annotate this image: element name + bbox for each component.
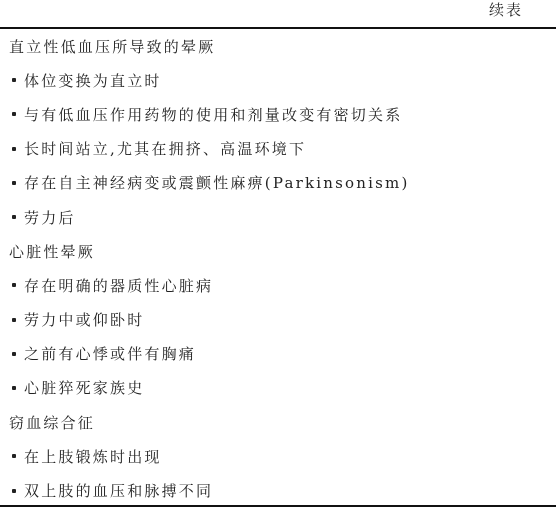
section-heading: 窃血综合征 bbox=[0, 405, 556, 439]
list-item: 体位变换为直立时 bbox=[0, 63, 556, 97]
bullet-icon bbox=[12, 181, 16, 185]
list-item-text: 劳力中或仰卧时 bbox=[24, 309, 144, 330]
list-item-text: 双上肢的血压和脉搏不同 bbox=[24, 480, 213, 501]
list-item-text: 劳力后 bbox=[24, 207, 76, 228]
list-item: 劳力后 bbox=[0, 200, 556, 234]
bullet-icon bbox=[12, 318, 16, 322]
list-item-text: 长时间站立,尤其在拥挤、高温环境下 bbox=[24, 138, 306, 159]
list-item: 心脏猝死家族史 bbox=[0, 371, 556, 405]
bullet-icon bbox=[12, 112, 16, 116]
list-item: 在上肢锻炼时出现 bbox=[0, 439, 556, 473]
list-item-text: 在上肢锻炼时出现 bbox=[24, 446, 162, 467]
list-item: 长时间站立,尤其在拥挤、高温环境下 bbox=[0, 132, 556, 166]
list-item-text: 存在明确的器质性心脏病 bbox=[24, 275, 213, 296]
bullet-icon bbox=[12, 78, 16, 82]
list-item: 与有低血压作用药物的使用和剂量改变有密切关系 bbox=[0, 97, 556, 131]
list-item: 之前有心悸或伴有胸痛 bbox=[0, 337, 556, 371]
bullet-icon bbox=[12, 489, 16, 493]
section-heading: 直立性低血压所导致的晕厥 bbox=[0, 29, 556, 63]
list-item: 劳力中或仰卧时 bbox=[0, 303, 556, 337]
list-item-text: 之前有心悸或伴有胸痛 bbox=[24, 343, 196, 364]
bullet-icon bbox=[12, 147, 16, 151]
bullet-icon bbox=[12, 386, 16, 390]
section-heading: 心脏性晕厥 bbox=[0, 234, 556, 268]
list-item-text: 与有低血压作用药物的使用和剂量改变有密切关系 bbox=[24, 104, 402, 125]
list-item-text: 心脏猝死家族史 bbox=[24, 377, 144, 398]
bullet-icon bbox=[12, 283, 16, 287]
bullet-icon bbox=[12, 352, 16, 356]
bullet-icon bbox=[12, 454, 16, 458]
list-item: 双上肢的血压和脉搏不同 bbox=[0, 473, 556, 507]
table-body: 直立性低血压所导致的晕厥 体位变换为直立时 与有低血压作用药物的使用和剂量改变有… bbox=[0, 29, 556, 508]
table-continued-caption: 续表 bbox=[489, 1, 523, 19]
list-item: 存在自主神经病变或震颤性麻痹(Parkinsonism) bbox=[0, 166, 556, 200]
list-item-text: 存在自主神经病变或震颤性麻痹(Parkinsonism) bbox=[24, 172, 410, 193]
table-bottom-rule bbox=[0, 505, 556, 507]
list-item-text: 体位变换为直立时 bbox=[24, 70, 162, 91]
bullet-icon bbox=[12, 215, 16, 219]
list-item: 存在明确的器质性心脏病 bbox=[0, 268, 556, 302]
